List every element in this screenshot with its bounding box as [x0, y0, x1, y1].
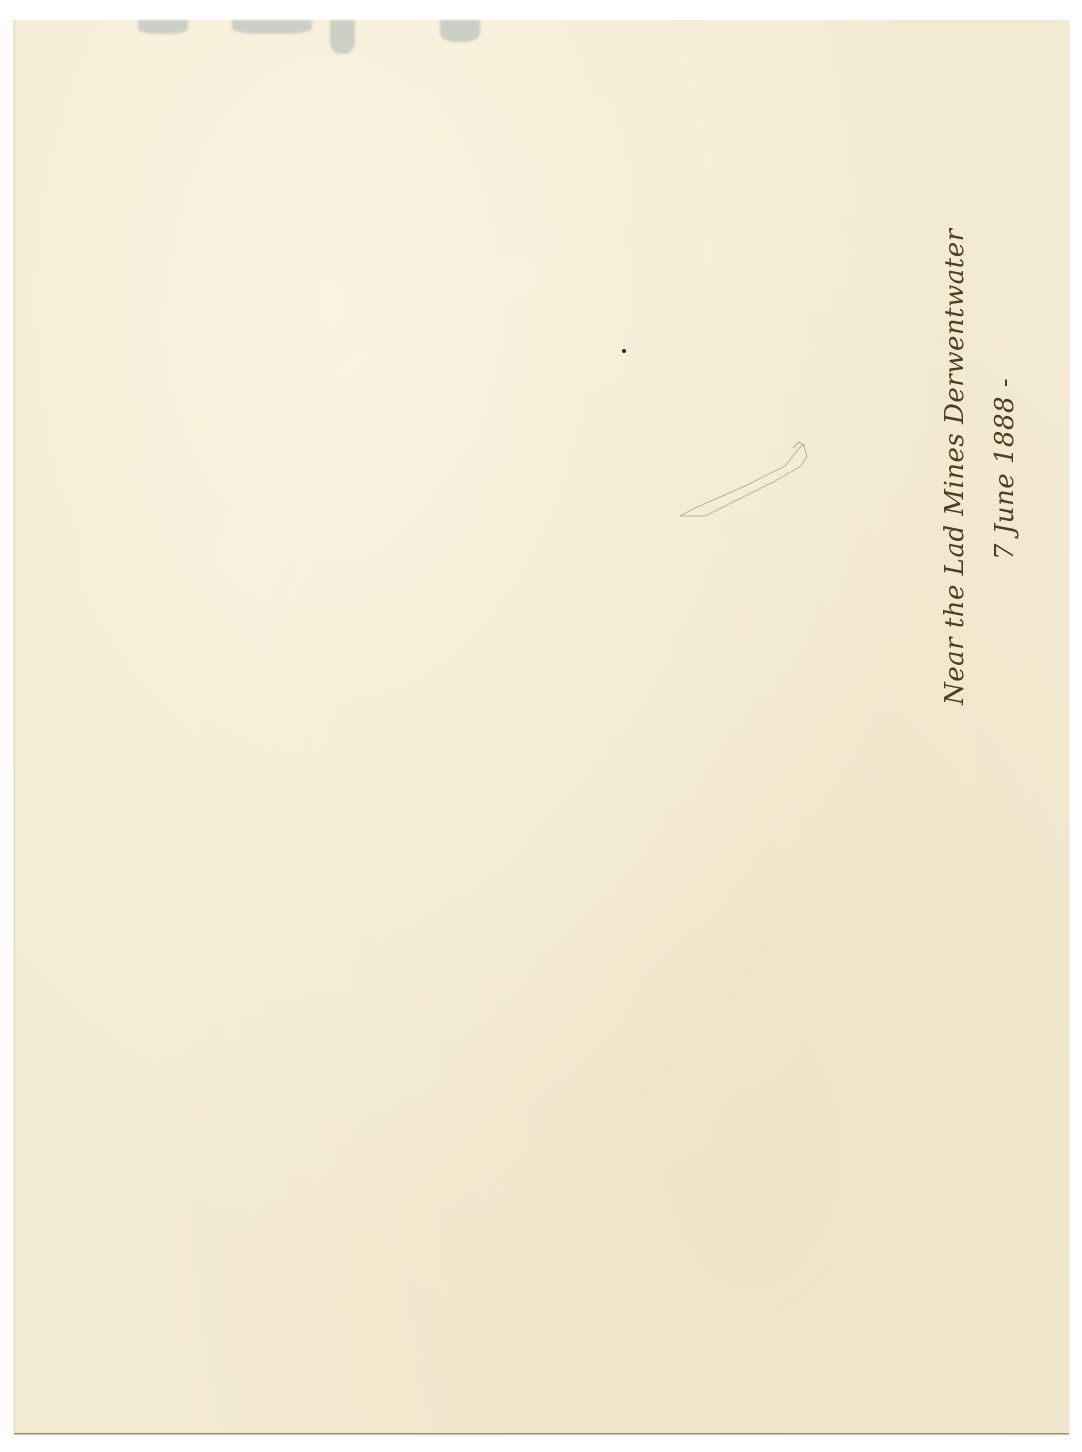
handwritten-date: 7 June 1888 - [990, 378, 1020, 560]
handwritten-location: Near the Lad Mines Derwentwater [940, 228, 970, 705]
ink-speck [622, 349, 626, 353]
top-edge-stain [138, 20, 188, 34]
top-edge-stain [232, 20, 312, 34]
top-edge-stain [330, 20, 355, 54]
top-edge-stain [440, 20, 480, 42]
pencil-sketch [675, 436, 815, 526]
paper-card [14, 20, 1069, 1434]
